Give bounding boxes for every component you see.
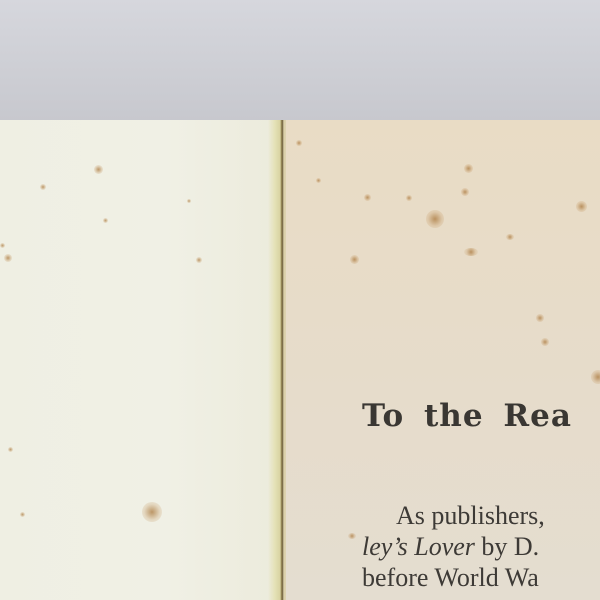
foxing-spot [4, 254, 12, 262]
foxing-spot [348, 533, 356, 539]
foxing-spot [142, 502, 162, 522]
body-line-2: ley’s Lover by D. [362, 531, 545, 562]
foxing-spot [541, 338, 549, 346]
body-line-3: before World Wa [362, 562, 545, 593]
foxing-spot [196, 257, 202, 263]
foxing-spot [464, 164, 473, 173]
foxing-spot [426, 210, 444, 228]
foxing-spot [187, 199, 191, 203]
foxing-spot [40, 184, 46, 190]
book-title-italic: ley’s Lover [362, 532, 475, 561]
body-paragraph: As publishers, ley’s Lover by D. before … [362, 500, 545, 593]
foxing-spot [316, 178, 321, 183]
page-heading: To the Rea [362, 398, 572, 434]
foxing-spot [406, 195, 412, 201]
foxing-spot [94, 165, 103, 174]
foxing-spot [591, 370, 600, 384]
body-line-1: As publishers, [362, 500, 545, 531]
foxing-spot [103, 218, 108, 223]
foxing-spot [461, 188, 469, 196]
foxing-spot [536, 314, 544, 322]
foxing-spot [0, 243, 5, 248]
background-surface [0, 0, 600, 122]
foxing-spot [8, 447, 13, 452]
foxing-spot [576, 201, 587, 212]
foxing-spot [296, 140, 302, 146]
foxing-spot [506, 234, 514, 240]
foxing-spot [350, 255, 359, 264]
left-page [0, 120, 277, 600]
foxing-spot [20, 512, 25, 517]
body-line-2-rest: by D. [475, 532, 539, 561]
foxing-spot [364, 194, 371, 201]
foxing-spot [464, 248, 478, 256]
